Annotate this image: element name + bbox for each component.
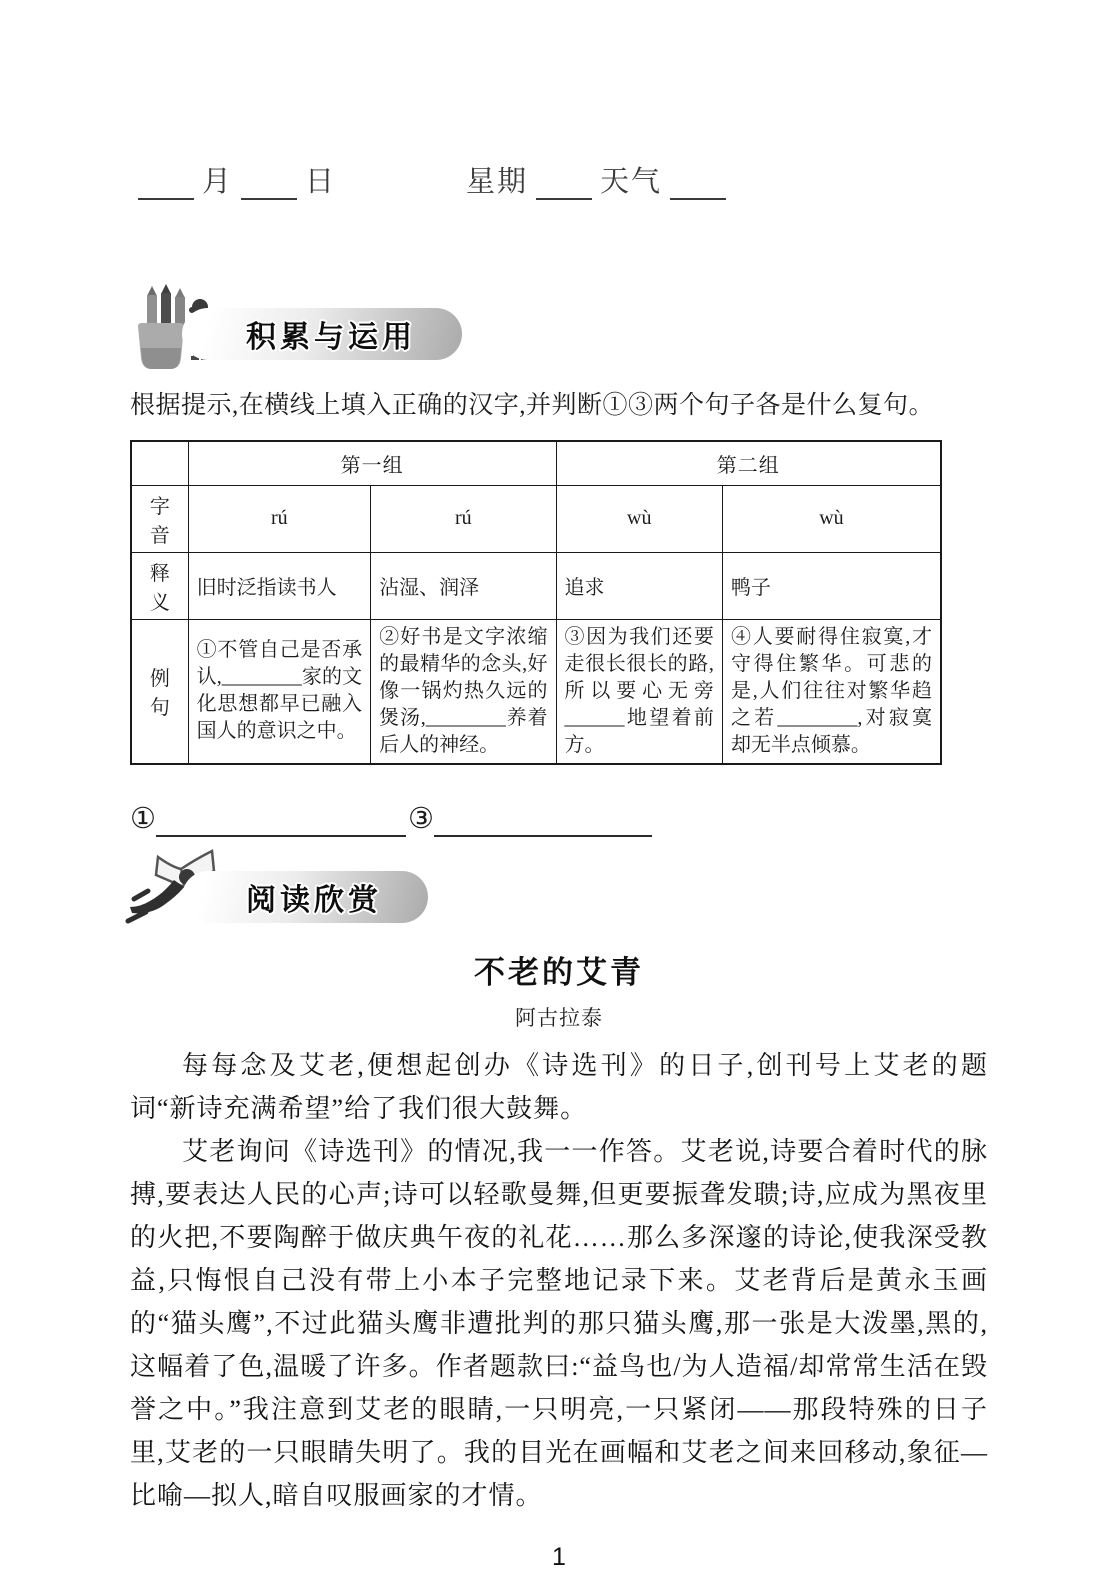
page-number: 1 [130, 1543, 988, 1571]
pinyin-cell: wù [722, 485, 941, 552]
table-corner-cell [131, 441, 188, 485]
meaning-cell: 追求 [556, 552, 722, 619]
section-header-accumulate: 积累与运用 [130, 284, 988, 372]
meaning-cell: 旧时泛指读书人 [188, 552, 370, 619]
answer-blank-line-3 [434, 805, 652, 837]
answer-item-1: ① [130, 793, 406, 837]
group-header-1: 第一组 [188, 441, 556, 485]
badge-accumulate: 积累与运用 [182, 308, 462, 360]
month-label: 月 [202, 159, 233, 200]
weather-blank [670, 166, 726, 200]
meaning-cell: 沾湿、润泽 [371, 552, 556, 619]
week-blank [536, 166, 592, 200]
article-paragraph-2: 艾老询问《诗选刊》的情况,我一一作答。艾老说,诗要合着时代的脉搏,要表达人民的心… [130, 1130, 988, 1517]
date-line: 月 日 星期 天气 [130, 160, 988, 200]
answer-blanks: ① ③ [130, 793, 988, 837]
badge-accumulate-label: 积累与运用 [246, 312, 416, 356]
week-label: 星期 [466, 159, 528, 200]
example-cell: ③因为我们还要走很长很长的路,所以要心无旁______地望着前方。 [556, 619, 722, 764]
table-row-examples: 例句 ①不管自己是否承认,________家的文化思想都早已融入国人的意识之中。… [131, 619, 941, 764]
meaning-cell: 鸭子 [722, 552, 941, 619]
example-cell: ④人要耐得住寂寞,才守得住繁华。可悲的是,人们往往对繁华趋之若________,… [722, 619, 941, 764]
table-row-pronunciation: 字音 rú rú wù wù [131, 485, 941, 552]
section-header-reading: 阅读欣赏 [130, 847, 988, 935]
example-cell: ①不管自己是否承认,________家的文化思想都早已融入国人的意识之中。 [188, 619, 370, 764]
answer-item-3: ③ [408, 793, 652, 837]
row-label-meaning: 释义 [131, 552, 188, 619]
article-author: 阿古拉泰 [130, 1002, 988, 1032]
article-title: 不老的艾青 [130, 947, 988, 992]
pinyin-cell: rú [188, 485, 370, 552]
article-paragraph-1: 每每念及艾老,便想起创办《诗选刊》的日子,创刊号上艾老的题词“新诗充满希望”给了… [130, 1044, 988, 1130]
weather-label: 天气 [600, 159, 662, 200]
answer-number-3: ③ [408, 801, 434, 837]
badge-reading-label: 阅读欣赏 [246, 875, 382, 919]
article: 不老的艾青 阿古拉泰 每每念及艾老,便想起创办《诗选刊》的日子,创刊号上艾老的题… [130, 947, 988, 1517]
table-row-meaning: 释义 旧时泛指读书人 沾湿、润泽 追求 鸭子 [131, 552, 941, 619]
answer-blank-line-1 [156, 805, 406, 837]
group-header-2: 第二组 [556, 441, 941, 485]
day-label: 日 [305, 159, 336, 200]
table-row-groups: 第一组 第二组 [131, 441, 941, 485]
instruction-text: 根据提示,在横线上填入正确的汉字,并判断①③两个句子各是什么复句。 [130, 388, 988, 424]
workbook-page: 月 日 星期 天气 积累与运用 根据 [0, 0, 1110, 1571]
badge-reading: 阅读欣赏 [182, 871, 428, 923]
day-blank [241, 166, 297, 200]
month-blank [138, 166, 194, 200]
row-label-examples: 例句 [131, 619, 188, 764]
pinyin-cell: wù [556, 485, 722, 552]
pinyin-cell: rú [371, 485, 556, 552]
example-cell: ②好书是文字浓缩的最精华的念头,好像一锅灼热久远的煲汤,________养着后人… [371, 619, 556, 764]
answer-number-1: ① [130, 801, 156, 837]
character-table: 第一组 第二组 字音 rú rú wù wù 释义 旧时泛指读书人 沾湿、润泽 … [130, 440, 942, 765]
row-label-pronunciation: 字音 [131, 485, 188, 552]
